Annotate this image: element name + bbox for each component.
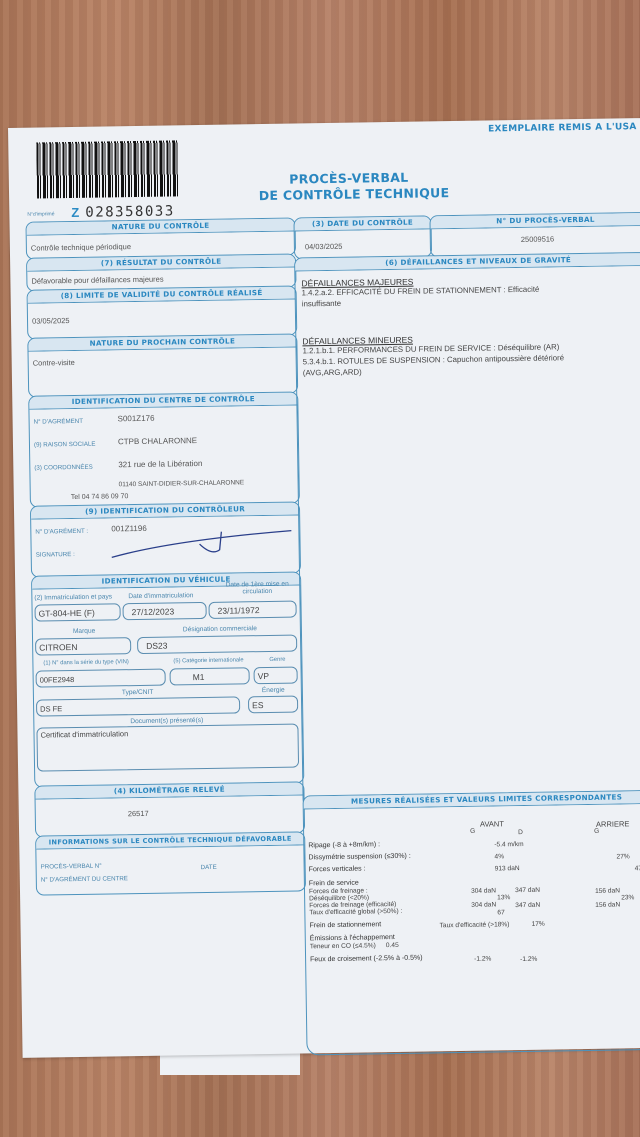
feux-d: -1.2% (520, 956, 537, 963)
designation-label: Désignation commerciale (183, 625, 257, 633)
date-controle-value: 04/03/2025 (305, 242, 343, 252)
premiere-mise-field: 23/11/1972 (208, 601, 296, 619)
ripage-label: Ripage (-8 à +8m/km) : (308, 841, 380, 849)
forces-verticales-av: 913 daN (495, 865, 520, 872)
co-value: 0.45 (386, 942, 399, 949)
forces-verticales-ar: 471 daN (635, 865, 640, 872)
mesures-box: MESURES RÉALISÉES ET VALEURS LIMITES COR… (303, 790, 640, 1056)
forces-verticales-label: Forces verticales : (309, 865, 366, 873)
limite-validite-box: (8) LIMITE DE VALIDITÉ DU CONTRÔLE RÉALI… (27, 285, 298, 339)
resultat-title: (7) RÉSULTAT DU CONTRÔLE (27, 255, 295, 272)
feux-label: Feux de croisement (-2.5% à -0.5%) (310, 955, 423, 964)
date-controle-title: (3) DATE DU CONTRÔLE (294, 216, 430, 231)
frein-service-label: Frein de service (309, 880, 359, 888)
ffe-ar-g: 156 daN (595, 901, 620, 908)
categorie-label: (5) Catégorie internationale (173, 657, 243, 664)
ffe-av-d: 347 daN (515, 902, 540, 909)
prochain-controle-value: Contre-visite (33, 358, 75, 368)
premiere-mise-label: Date de 1ère mise en circulation (222, 581, 292, 596)
energie-field: ES (248, 696, 298, 714)
kilometrage-value: 26517 (128, 809, 149, 818)
ff-ar-g: 156 daN (595, 887, 620, 894)
signature-scribble (101, 520, 302, 563)
centre-adresse: 321 rue de la Libération (118, 459, 202, 469)
barcode (36, 140, 179, 198)
genre-field: VP (253, 667, 297, 685)
defaillances-box: (6) DÉFAILLANCES ET NIVEAUX DE GRAVITÉ D… (294, 252, 640, 808)
type-field: DS FE (36, 696, 240, 716)
documents-label: Document(s) présenté(s) (130, 717, 203, 725)
kilometrage-title: (4) KILOMÉTRAGE RELEVÉ (35, 782, 303, 799)
date-immat-label: Date d'immatriculation (128, 592, 193, 600)
centre-agrement-label: N° D'AGRÉMENT (34, 418, 83, 426)
copy-label: EXEMPLAIRE REMIS A L'USA (488, 122, 637, 134)
immat-label: (2) Immatriculation et pays (34, 593, 112, 601)
ffe-av-g: 304 daN (471, 901, 496, 908)
print-number-prefix: Z (71, 205, 79, 220)
avant-g-label: G (470, 828, 475, 835)
immat-field: GT-804-HE (F) (34, 603, 120, 621)
frein-stationnement-taux-label: Taux d'efficacité (>18%) (440, 921, 510, 929)
dissymetrie-label: Dissymétrie suspension (≤30%) : (308, 853, 410, 862)
centre-raison-label: (9) RAISON SOCIALE (34, 441, 96, 449)
resultat-value: Défavorable pour défaillances majeures (31, 275, 163, 286)
centre-box: IDENTIFICATION DU CENTRE DE CONTRÔLE N° … (28, 391, 300, 507)
documents-field: Certificat d'immatriculation (36, 724, 299, 772)
taux-global-value: 67 (497, 909, 504, 916)
categorie-field: M1 (170, 667, 250, 685)
nature-controle-value: Contrôle technique périodique (31, 242, 131, 253)
prochain-controle-box: NATURE DU PROCHAIN CONTRÔLE Contre-visit… (27, 333, 298, 397)
dissymetrie-ar: 27% (616, 853, 629, 860)
agrement-centre-label: N° D'AGRÉMENT DU CENTRE (41, 875, 128, 883)
info-defavorable-title: INFORMATIONS SUR LE CONTRÔLE TECHNIQUE D… (36, 832, 304, 849)
arriere-label: ARRIERE (596, 819, 629, 829)
desequilibre-av: 13% (497, 894, 510, 901)
centre-ville: 01140 SAINT-DIDIER-SUR-CHALARONNE (119, 479, 245, 488)
date-immat-field: 27/12/2023 (122, 602, 206, 620)
ff-av-g: 304 daN (471, 887, 496, 894)
majeure-item-2: insuffisante (302, 299, 341, 309)
signature-label: SIGNATURE : (36, 551, 75, 559)
centre-raison: CTPB CHALARONNE (118, 436, 197, 446)
info-defavorable-box: INFORMATIONS SUR LE CONTRÔLE TECHNIQUE D… (35, 831, 306, 895)
ripage-value: -5.4 m/km (494, 841, 523, 848)
centre-agrement: S001Z176 (118, 414, 155, 424)
vehicule-box: IDENTIFICATION DU VÉHICULE (2) Immatricu… (31, 571, 304, 787)
centre-title: IDENTIFICATION DU CENTRE DE CONTRÔLE (29, 392, 297, 409)
document-title-line1: PROCÈS-VERBAL (269, 169, 429, 187)
date-controle-box: (3) DATE DU CONTRÔLE 04/03/2025 (293, 215, 432, 259)
print-number: 028358033 (85, 203, 175, 220)
mineure-item-3: (AVG,ARG,ARD) (303, 367, 362, 377)
genre-label: Genre (269, 657, 285, 663)
vin-field: 00FE2948 (36, 669, 166, 688)
limite-validite-title: (8) LIMITE DE VALIDITÉ DU CONTRÔLE RÉALI… (28, 287, 296, 304)
desequilibre-ar: 23% (621, 894, 634, 901)
frein-stationnement-label: Frein de stationnement (310, 921, 382, 929)
energie-label: Énergie (262, 687, 285, 694)
prochain-controle-title: NATURE DU PROCHAIN CONTRÔLE (28, 334, 296, 351)
designation-field: DS23 (137, 635, 297, 655)
pv-number-label: PROCÈS-VERBAL N° (41, 863, 102, 871)
marque-field: CITROEN (35, 637, 131, 656)
numero-pv-title: N° DU PROCÈS-VERBAL (430, 213, 640, 230)
mineure-item-2: 5.3.4.b.1. ROTULES DE SUSPENSION : Capuc… (303, 353, 564, 366)
kilometrage-box: (4) KILOMÉTRAGE RELEVÉ 26517 (34, 781, 305, 837)
emissions-label: Émissions à l'échappement (310, 934, 395, 942)
numero-pv-value: 25009516 (521, 234, 555, 244)
arriere-g-label: G (594, 828, 599, 835)
numero-pv-box: N° DU PROCÈS-VERBAL 25009516 (429, 212, 640, 258)
frein-stationnement-taux: 17% (532, 921, 545, 928)
centre-tel: Tel 04 74 86 09 70 (71, 493, 129, 501)
print-number-label: N°d'imprimé (27, 211, 54, 217)
taux-global-label: Taux d'efficacité global (>50%) : (309, 908, 402, 916)
document-title-line2: DE CONTRÔLE TECHNIQUE (249, 185, 459, 203)
co-label: Teneur en CO (≤4.5%) (310, 942, 376, 950)
dissymetrie-av: 4% (494, 853, 504, 860)
centre-coord-label: (3) COORDONNÉES (34, 464, 93, 472)
feux-g: -1.2% (474, 956, 491, 963)
controleur-agrement-label: N° D'AGRÉMENT : (35, 528, 88, 536)
type-label: Type/CNIT (122, 689, 154, 696)
controleur-title: (9) IDENTIFICATION DU CONTRÔLEUR (31, 502, 299, 519)
date-label: DATE (201, 864, 217, 871)
limite-validite-value: 03/05/2025 (32, 316, 70, 326)
controle-technique-document: EXEMPLAIRE REMIS A L'USA N°d'imprimé Z 0… (8, 118, 640, 1058)
nature-controle-title: NATURE DU CONTRÔLE (26, 219, 294, 236)
controleur-box: (9) IDENTIFICATION DU CONTRÔLEUR N° D'AG… (30, 501, 301, 577)
vin-label: (1) N° dans la série du type (VIN) (43, 659, 129, 666)
avant-label: AVANT (480, 819, 504, 828)
ff-av-d: 347 daN (515, 887, 540, 894)
marque-label: Marque (73, 628, 95, 635)
avant-d-label: D (518, 829, 523, 836)
